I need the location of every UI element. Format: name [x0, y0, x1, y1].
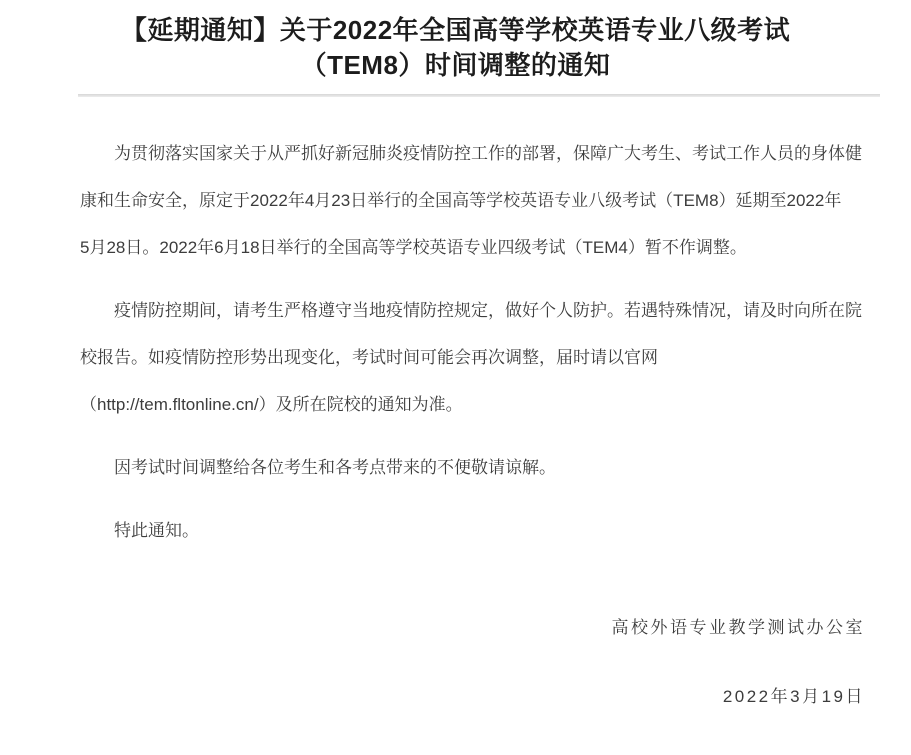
paragraph-apology: 因考试时间调整给各位考生和各考点带来的不便敬请谅解。	[80, 444, 863, 491]
paragraph-line: 疫情防控期间，请考生严格遵守当地疫情防控规定，做好个人防护。若遇特殊情况，请及时…	[80, 287, 863, 334]
notice-url-line: （http://tem.fltonline.cn/）及所在院校的通知为准。	[80, 381, 863, 428]
paragraph-epidemic-rules: 疫情防控期间，请考生严格遵守当地疫情防控规定，做好个人防护。若遇特殊情况，请及时…	[80, 287, 863, 428]
paragraph-line: 康和生命安全，原定于2022年4月23日举行的全国高等学校英语专业八级考试（TE…	[80, 177, 863, 224]
paragraph-line: 因考试时间调整给各位考生和各考点带来的不便敬请谅解。	[80, 444, 863, 491]
notice-date: 2022年3月19日	[0, 673, 865, 720]
page-title: 【延期通知】关于2022年全国高等学校英语专业八级考试 （TEM8）时间调整的通…	[0, 0, 911, 83]
notice-page: 【延期通知】关于2022年全国高等学校英语专业八级考试 （TEM8）时间调整的通…	[0, 0, 911, 755]
notice-body: 为贯彻落实国家关于从严抓好新冠肺炎疫情防控工作的部署，保障广大考生、考试工作人员…	[0, 97, 911, 554]
paragraph-line: 特此通知。	[80, 507, 863, 554]
paragraph-postponement: 为贯彻落实国家关于从严抓好新冠肺炎疫情防控工作的部署，保障广大考生、考试工作人员…	[80, 130, 863, 271]
paragraph-line: 校报告。如疫情防控形势出现变化，考试时间可能会再次调整，届时请以官网	[80, 334, 863, 381]
title-line-1: 【延期通知】关于2022年全国高等学校英语专业八级考试	[0, 13, 911, 48]
title-line-2: （TEM8）时间调整的通知	[0, 48, 911, 83]
paragraph-line: 5月28日。2022年6月18日举行的全国高等学校英语专业四级考试（TEM4）暂…	[80, 224, 863, 271]
paragraph-closing: 特此通知。	[80, 507, 863, 554]
signature-office: 高校外语专业教学测试办公室	[0, 604, 865, 651]
paragraph-line: 为贯彻落实国家关于从严抓好新冠肺炎疫情防控工作的部署，保障广大考生、考试工作人员…	[80, 130, 863, 177]
footer: 高校外语专业教学测试办公室 2022年3月19日	[0, 604, 911, 720]
